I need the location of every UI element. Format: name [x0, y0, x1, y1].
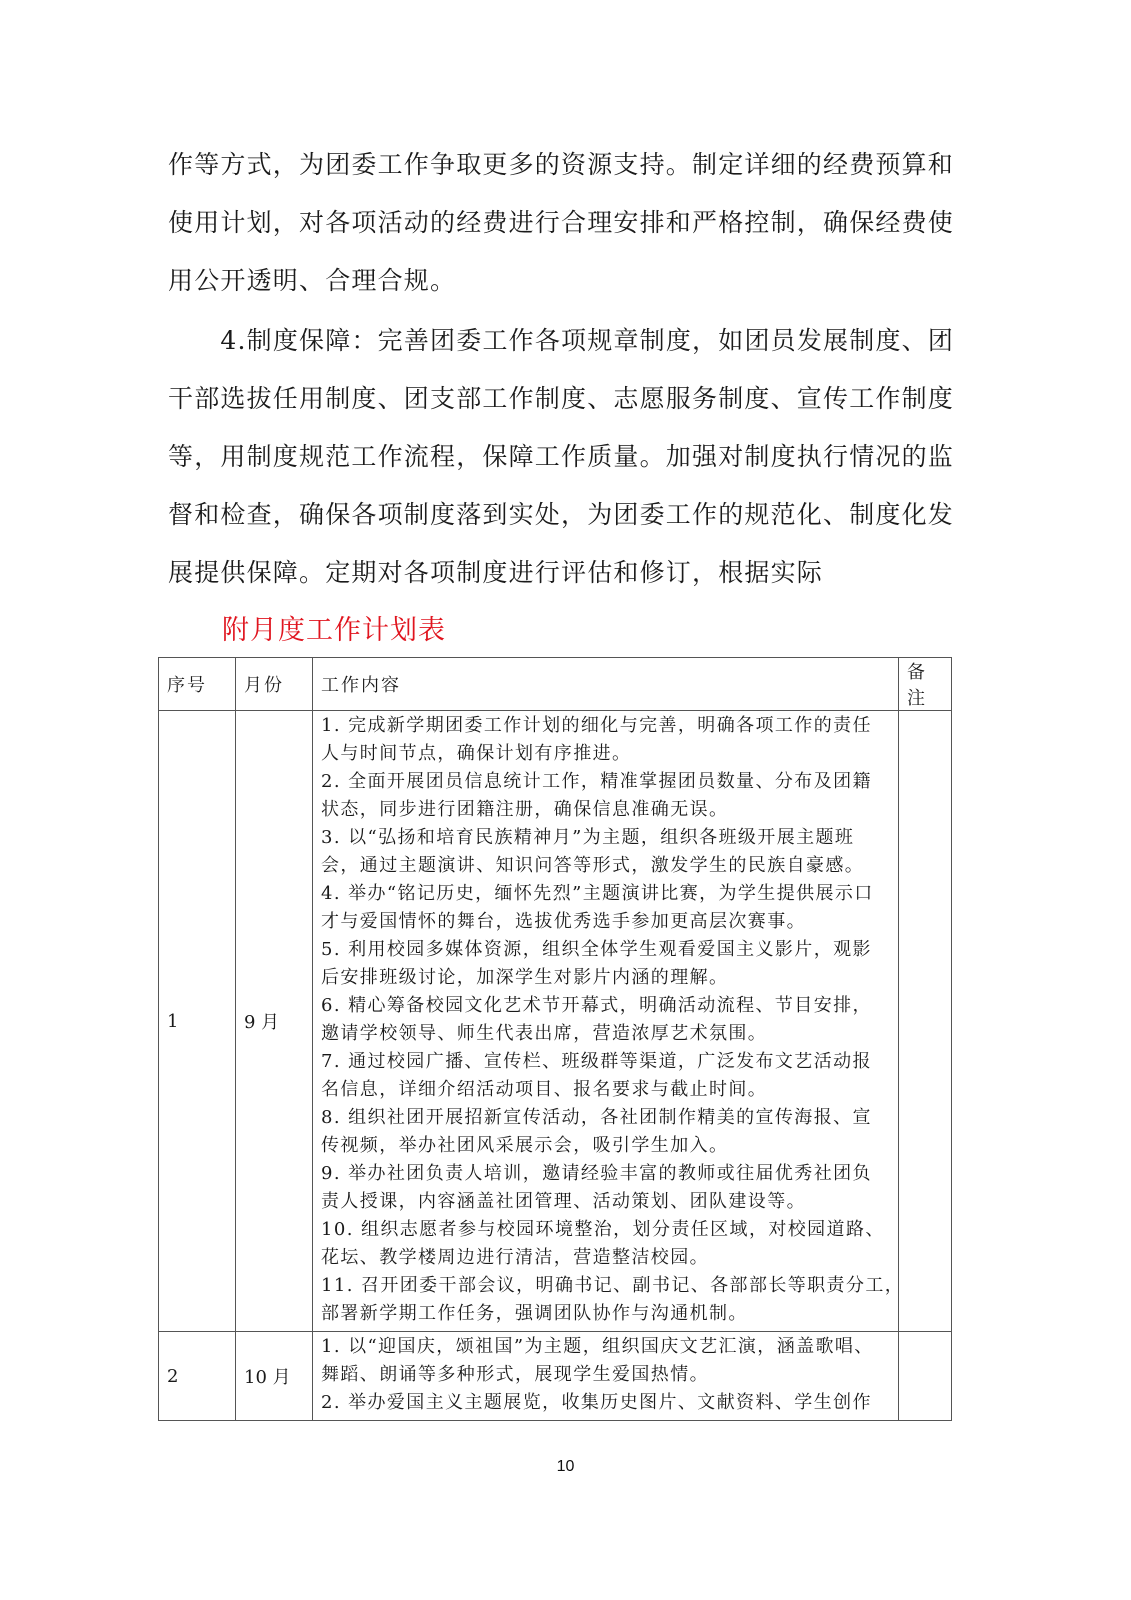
- header-index: 序号: [159, 658, 236, 711]
- cell-content: 1. 以“迎国庆，颂祖国”为主题，组织国庆文艺汇演，涵盖歌唱、舞蹈、朗诵等多种形…: [313, 1332, 899, 1421]
- text-line: 干部选拔任用制度、团支部工作制度、志愿服务制度、宣传工作制度: [168, 370, 948, 428]
- text-line: 舞蹈、朗诵等多种形式，展现学生爱国热情。: [321, 1361, 890, 1389]
- text-line: 5. 利用校园多媒体资源，组织全体学生观看爱国主义影片，观影: [321, 936, 890, 964]
- plan-item: 1. 完成新学期团委工作计划的细化与完善，明确各项工作的责任人与时间节点，确保计…: [321, 712, 890, 768]
- text-line: 1. 以“迎国庆，颂祖国”为主题，组织国庆文艺汇演，涵盖歌唱、: [321, 1333, 890, 1361]
- text-line: 部署新学期工作任务，强调团队协作与沟通机制。: [321, 1300, 890, 1328]
- header-remark: 备注: [899, 658, 952, 711]
- cell-remark: [899, 711, 952, 1332]
- document-page: 作等方式，为团委工作争取更多的资源支持。制定详细的经费预算和 使用计划，对各项活…: [0, 0, 1131, 1600]
- plan-item: 4. 举办“铭记历史，缅怀先烈”主题演讲比赛，为学生提供展示口才与爱国情怀的舞台…: [321, 880, 890, 936]
- text-line: 等，用制度规范工作流程，保障工作质量。加强对制度执行情况的监: [168, 428, 948, 486]
- cell-remark: [899, 1332, 952, 1421]
- text-line: 花坛、教学楼周边进行清洁，营造整洁校园。: [321, 1244, 890, 1272]
- text-line: 3. 以“弘扬和培育民族精神月”为主题，组织各班级开展主题班: [321, 824, 890, 852]
- table-row: 1 9 月 1. 完成新学期团委工作计划的细化与完善，明确各项工作的责任人与时间…: [159, 711, 952, 1332]
- header-content: 工作内容: [313, 658, 899, 711]
- text-line: 使用计划，对各项活动的经费进行合理安排和严格控制，确保经费使: [168, 194, 948, 252]
- text-line: 才与爱国情怀的舞台，选拔优秀选手参加更高层次赛事。: [321, 908, 890, 936]
- text-line: 会，通过主题演讲、知识问答等形式，激发学生的民族自豪感。: [321, 852, 890, 880]
- cell-content: 1. 完成新学期团委工作计划的细化与完善，明确各项工作的责任人与时间节点，确保计…: [313, 711, 899, 1332]
- plan-item: 3. 以“弘扬和培育民族精神月”为主题，组织各班级开展主题班会，通过主题演讲、知…: [321, 824, 890, 880]
- plan-item: 7. 通过校园广播、宣传栏、班级群等渠道，广泛发布文艺活动报名信息，详细介绍活动…: [321, 1048, 890, 1104]
- text-line: 2. 举办爱国主义主题展览，收集历史图片、文献资料、学生创作: [321, 1389, 890, 1417]
- paragraph-system-guarantee: 4.制度保障：完善团委工作各项规章制度，如团员发展制度、团 干部选拔任用制度、团…: [168, 312, 948, 602]
- text-line: 8. 组织社团开展招新宣传活动，各社团制作精美的宣传海报、宣: [321, 1104, 890, 1132]
- table-title: 附月度工作计划表: [222, 608, 446, 647]
- text-line: 9. 举办社团负责人培训，邀请经验丰富的教师或往届优秀社团负: [321, 1160, 890, 1188]
- plan-item: 11. 召开团委干部会议，明确书记、副书记、各部部长等职责分工，部署新学期工作任…: [321, 1272, 890, 1328]
- text-line: 督和检查，确保各项制度落到实处，为团委工作的规范化、制度化发: [168, 486, 948, 544]
- text-line: 展提供保障。定期对各项制度进行评估和修订，根据实际: [168, 544, 948, 602]
- text-line: 作等方式，为团委工作争取更多的资源支持。制定详细的经费预算和: [168, 136, 948, 194]
- cell-index: 2: [159, 1332, 236, 1421]
- plan-item: 10. 组织志愿者参与校园环境整治，划分责任区域，对校园道路、花坛、教学楼周边进…: [321, 1216, 890, 1272]
- table-header-row: 序号 月份 工作内容 备注: [159, 658, 952, 711]
- text-line: 人与时间节点，确保计划有序推进。: [321, 740, 890, 768]
- text-line: 4. 举办“铭记历史，缅怀先烈”主题演讲比赛，为学生提供展示口: [321, 880, 890, 908]
- paragraph-funding: 作等方式，为团委工作争取更多的资源支持。制定详细的经费预算和 使用计划，对各项活…: [168, 136, 948, 310]
- text-line: 名信息，详细介绍活动项目、报名要求与截止时间。: [321, 1076, 890, 1104]
- text-line: 1. 完成新学期团委工作计划的细化与完善，明确各项工作的责任: [321, 712, 890, 740]
- plan-item: 1. 以“迎国庆，颂祖国”为主题，组织国庆文艺汇演，涵盖歌唱、舞蹈、朗诵等多种形…: [321, 1333, 890, 1389]
- text-line: 7. 通过校园广播、宣传栏、班级群等渠道，广泛发布文艺活动报: [321, 1048, 890, 1076]
- text-line: 状态，同步进行团籍注册，确保信息准确无误。: [321, 796, 890, 824]
- text-line: 11. 召开团委干部会议，明确书记、副书记、各部部长等职责分工，: [321, 1272, 890, 1300]
- text-line: 6. 精心筹备校园文化艺术节开幕式，明确活动流程、节目安排，: [321, 992, 890, 1020]
- header-month: 月份: [236, 658, 313, 711]
- text-line: 后安排班级讨论，加深学生对影片内涵的理解。: [321, 964, 890, 992]
- plan-item: 2. 举办爱国主义主题展览，收集历史图片、文献资料、学生创作: [321, 1389, 890, 1417]
- plan-item: 9. 举办社团负责人培训，邀请经验丰富的教师或往届优秀社团负责人授课，内容涵盖社…: [321, 1160, 890, 1216]
- text-line: 10. 组织志愿者参与校园环境整治，划分责任区域，对校园道路、: [321, 1216, 890, 1244]
- plan-item: 6. 精心筹备校园文化艺术节开幕式，明确活动流程、节目安排，邀请学校领导、师生代…: [321, 992, 890, 1048]
- page-number: 10: [0, 1458, 1131, 1476]
- text-line: 用公开透明、合理合规。: [168, 252, 948, 310]
- cell-index: 1: [159, 711, 236, 1332]
- text-line: 传视频，举办社团风采展示会，吸引学生加入。: [321, 1132, 890, 1160]
- cell-month: 10 月: [236, 1332, 313, 1421]
- plan-item: 5. 利用校园多媒体资源，组织全体学生观看爱国主义影片，观影后安排班级讨论，加深…: [321, 936, 890, 992]
- text-line: 邀请学校领导、师生代表出席，营造浓厚艺术氛围。: [321, 1020, 890, 1048]
- text-line: 责人授课，内容涵盖社团管理、活动策划、团队建设等。: [321, 1188, 890, 1216]
- monthly-plan-table: 序号 月份 工作内容 备注 1 9 月 1. 完成新学期团委工作计划的细化与完善…: [158, 657, 952, 1421]
- plan-item: 2. 全面开展团员信息统计工作，精准掌握团员数量、分布及团籍状态，同步进行团籍注…: [321, 768, 890, 824]
- plan-item: 8. 组织社团开展招新宣传活动，各社团制作精美的宣传海报、宣传视频，举办社团风采…: [321, 1104, 890, 1160]
- text-line: 4.制度保障：完善团委工作各项规章制度，如团员发展制度、团: [168, 312, 948, 370]
- text-line: 2. 全面开展团员信息统计工作，精准掌握团员数量、分布及团籍: [321, 768, 890, 796]
- table-row: 2 10 月 1. 以“迎国庆，颂祖国”为主题，组织国庆文艺汇演，涵盖歌唱、舞蹈…: [159, 1332, 952, 1421]
- cell-month: 9 月: [236, 711, 313, 1332]
